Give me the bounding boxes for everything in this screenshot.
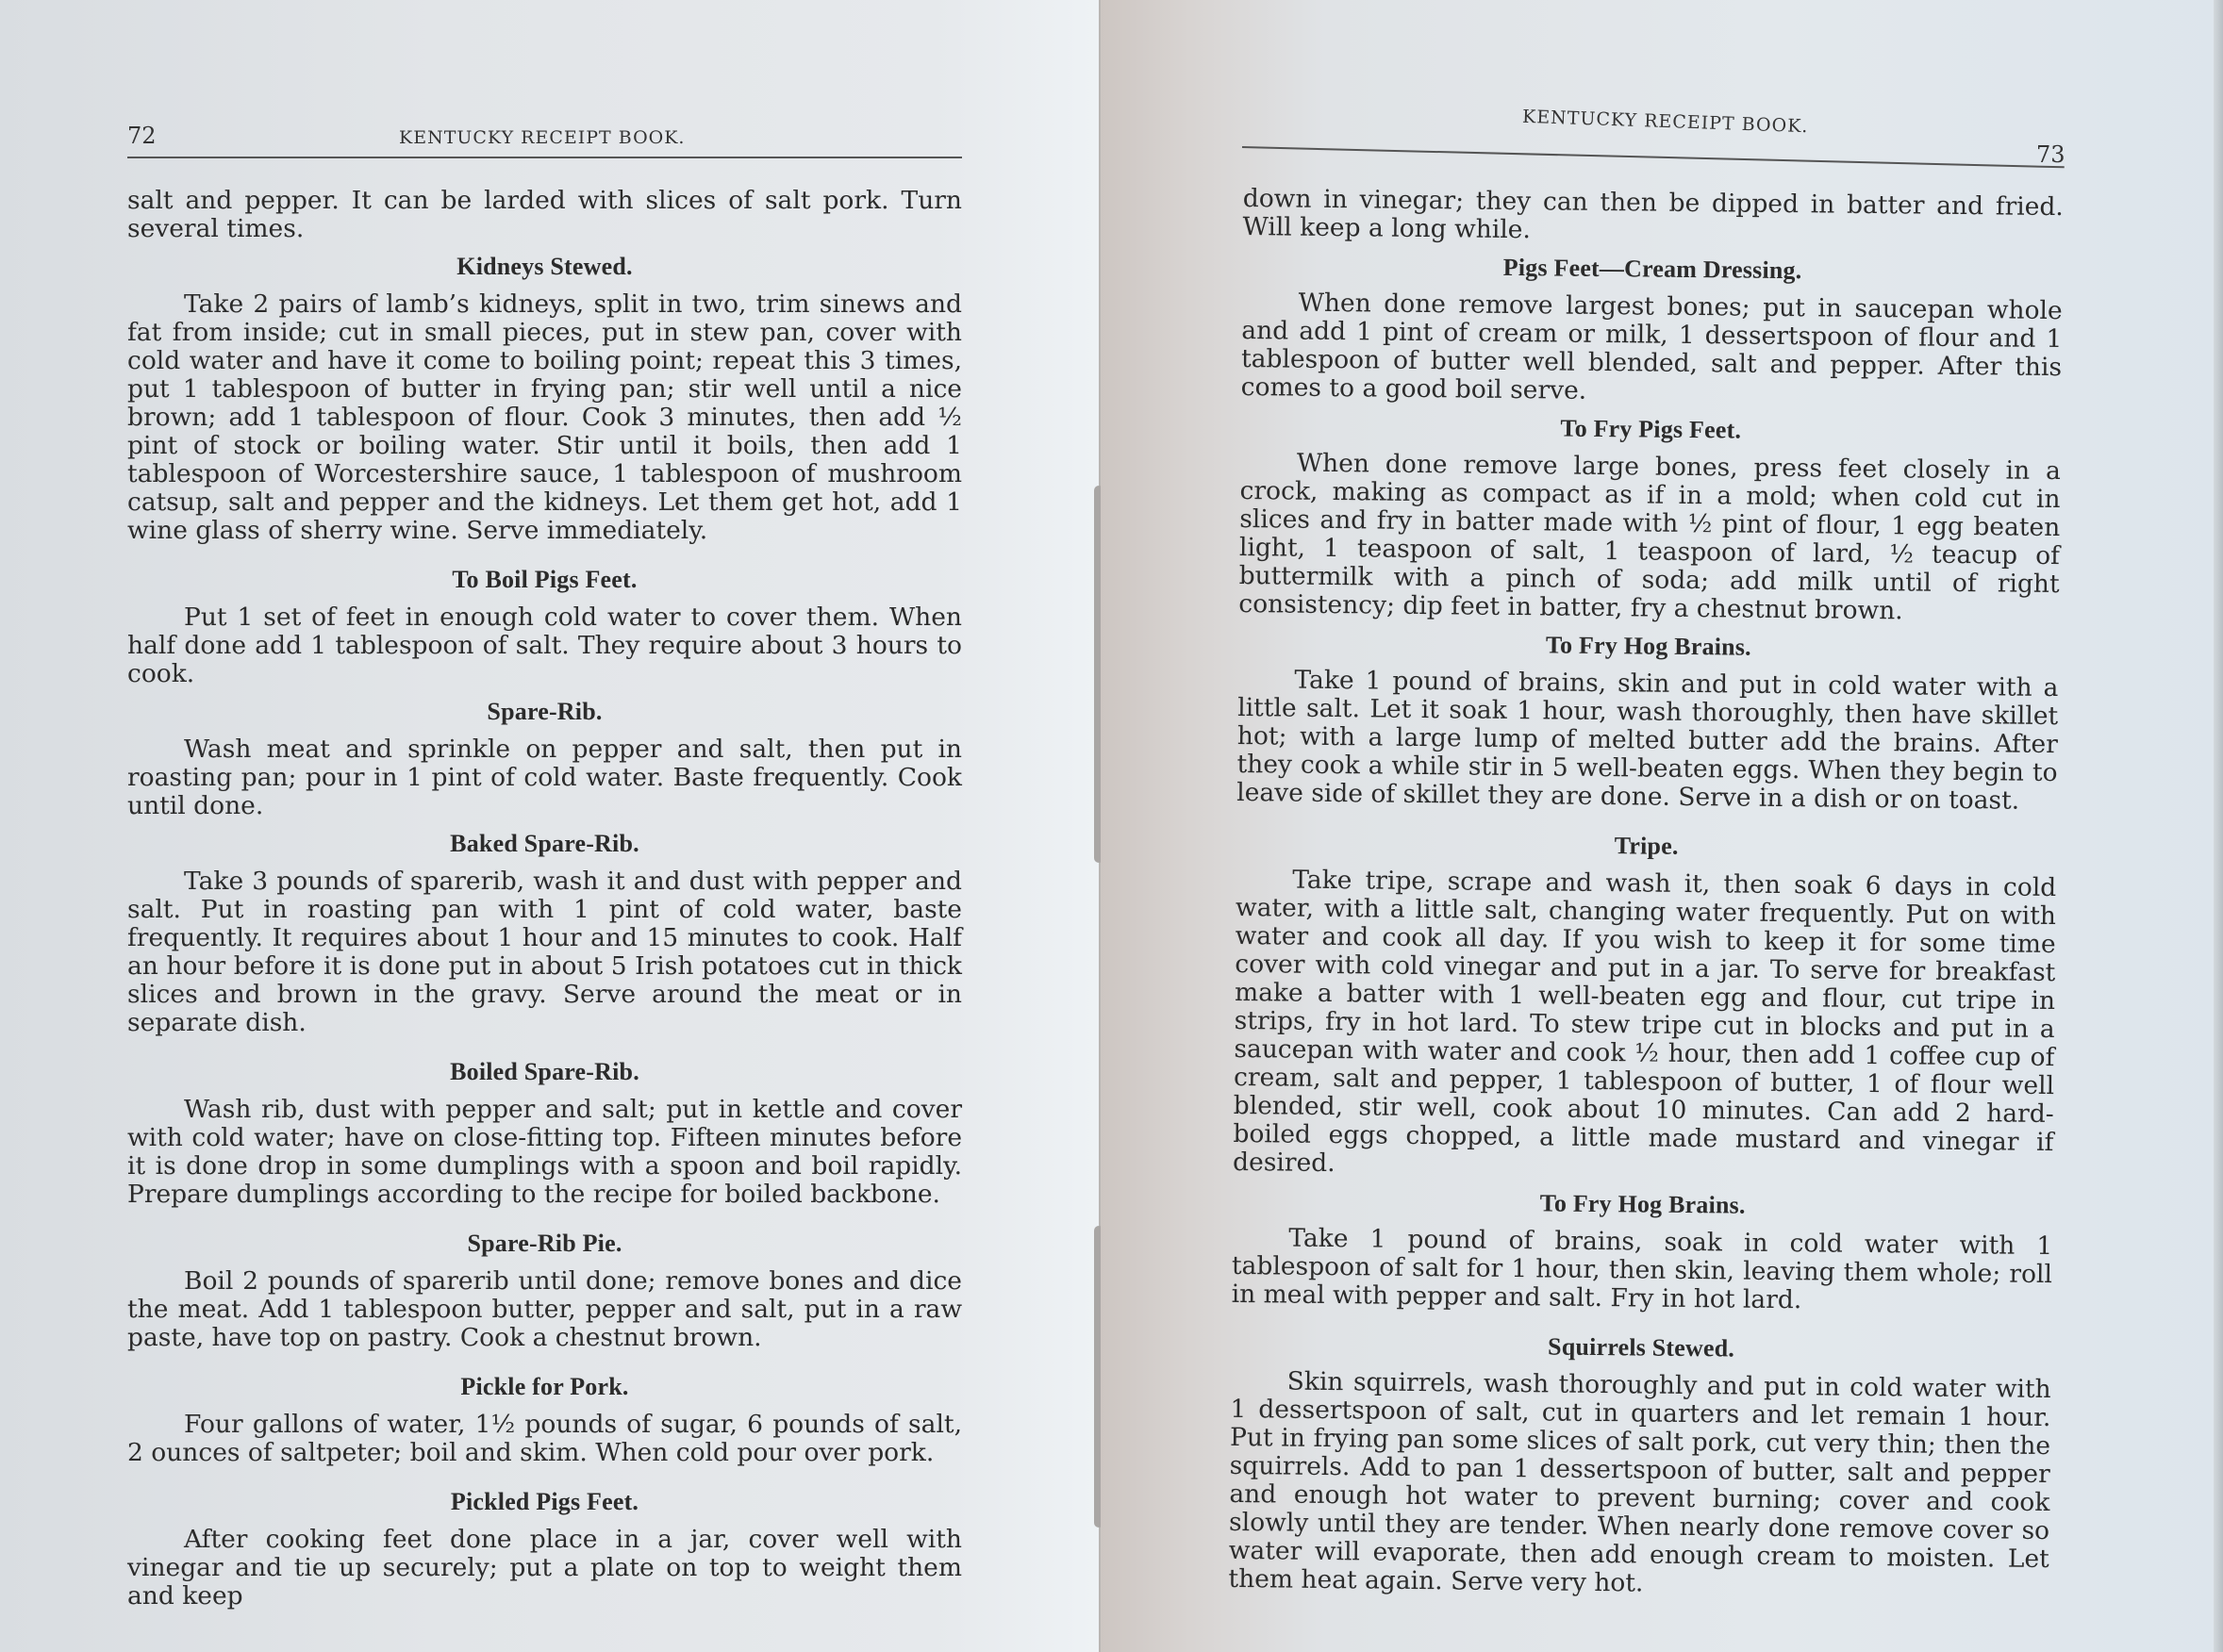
recipe-title: Spare-Rib.: [127, 698, 962, 726]
continued-text: down in vinegar; they can then be dipped…: [1242, 185, 2064, 250]
recipe-title: To Boil Pigs Feet.: [127, 566, 962, 594]
recipe-body: Put 1 set of feet in enough cold water t…: [127, 603, 962, 688]
continued-text: salt and pepper. It can be larded with s…: [127, 187, 962, 243]
recipe-body: Take 1 pound of brains, soak in cold wat…: [1232, 1224, 2053, 1317]
recipe-body: Wash meat and sprinkle on pepper and sal…: [127, 735, 962, 820]
running-header-right: KENTUCKY RECEIPT BOOK.: [1522, 107, 1809, 138]
recipe-body: Take tripe, scrape and wash it, then soa…: [1233, 866, 2056, 1185]
recipe-body: When done remove large bones, press feet…: [1238, 449, 2061, 627]
recipe-body: Skin squirrels, wash thoroughly and put …: [1228, 1367, 2050, 1602]
header-rule-left: [127, 157, 962, 158]
recipe-body: After cooking feet done place in a jar, …: [127, 1526, 962, 1611]
recipe-body: Four gallons of water, 1½ pounds of suga…: [127, 1411, 962, 1467]
recipe-title: Pickled Pigs Feet.: [127, 1488, 962, 1516]
recipe-title: Boiled Spare-Rib.: [127, 1058, 962, 1086]
recipe-body: Take 2 pairs of lamb’s kidneys, split in…: [127, 290, 962, 545]
left-page: 72 KENTUCKY RECEIPT BOOK. salt and peppe…: [0, 0, 1099, 1652]
recipe-body: Boil 2 pounds of sparerib until done; re…: [127, 1267, 962, 1352]
recipe-body: When done remove largest bones; put in s…: [1241, 289, 2063, 410]
header-rule-right: [1242, 146, 2065, 168]
recipe-title: Baked Spare-Rib.: [127, 830, 962, 858]
page-number-right: 73: [2036, 141, 2065, 168]
right-page-text: down in vinegar; they can then be dipped…: [1228, 185, 2064, 1602]
running-header-left: KENTUCKY RECEIPT BOOK.: [399, 127, 685, 148]
page-edge: [2214, 0, 2223, 1652]
recipe-title: Spare-Rib Pie.: [127, 1230, 962, 1258]
recipe-body: Take 1 pound of brains, skin and put in …: [1236, 666, 2059, 816]
recipe-body: Wash rib, dust with pepper and salt; put…: [127, 1096, 962, 1209]
recipe-title: Kidneys Stewed.: [127, 253, 962, 281]
recipe-title: Pickle for Pork.: [127, 1373, 962, 1401]
left-page-text: salt and pepper. It can be larded with s…: [127, 187, 962, 1611]
recipe-body: Take 3 pounds of sparerib, wash it and d…: [127, 867, 962, 1037]
page-number-left: 72: [127, 123, 157, 149]
